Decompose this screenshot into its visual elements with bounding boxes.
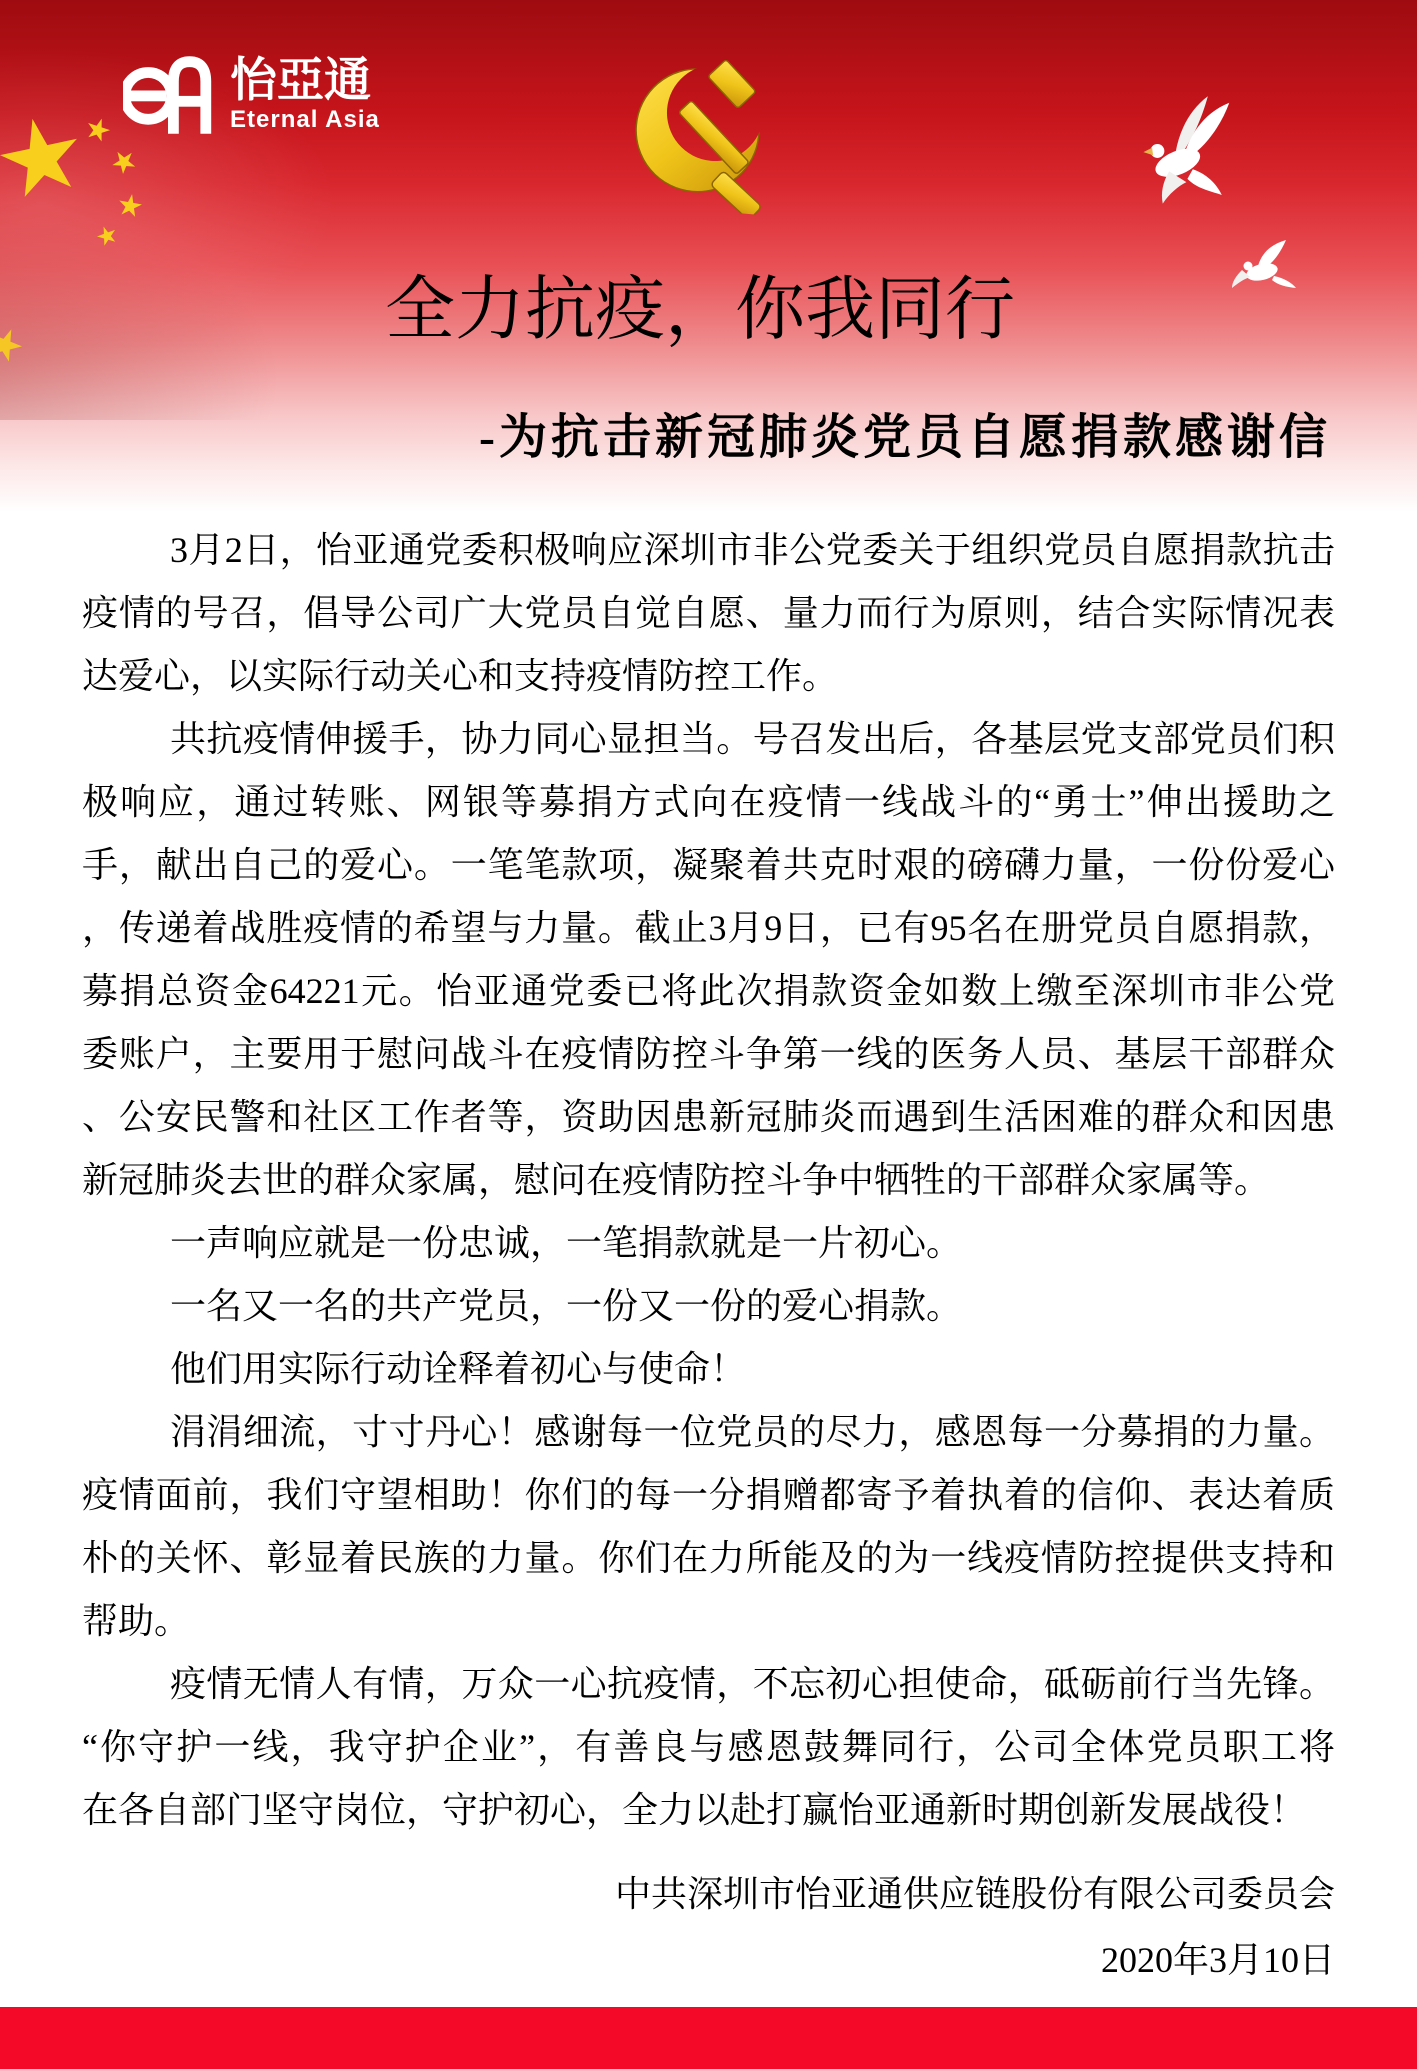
company-logo: 怡亞通 Eternal Asia — [123, 55, 380, 135]
dove-icon — [1122, 92, 1240, 210]
body-text-line: 帮助。 — [82, 1590, 1335, 1653]
body-text-line: 一声响应就是一份忠诚，一笔捐款就是一片初心。 — [82, 1212, 1335, 1275]
page-title: 全力抗疫，你我同行 — [385, 273, 1015, 349]
body-text-line: 新冠肺炎去世的群众家属，慰问在疫情防控斗争中牺牲的干部群众家属等。 — [82, 1149, 1335, 1212]
body-text-line: “你守护一线，我守护企业”，有善良与感恩鼓舞同行，公司全体党员职工将 — [82, 1716, 1335, 1779]
body-text-line: 朴的关怀、彰显着民族的力量。你们在力所能及的为一线疫情防控提供支持和 — [82, 1527, 1335, 1590]
body-text-line: 涓涓细流，寸寸丹心！感谢每一位党员的尽力，感恩每一分募捐的力量。 — [82, 1401, 1335, 1464]
dove-icon — [1228, 240, 1304, 288]
body-text-line: 3月2日，怡亚通党委积极响应深圳市非公党委关于组织党员自愿捐款抗击 — [82, 519, 1335, 582]
body-text-line: 达爱心，以实际行动关心和支持疫情防控工作。 — [82, 645, 1335, 708]
signature-committee: 中共深圳市怡亚通供应链股份有限公司委员会 — [82, 1872, 1335, 1916]
logo-text: 怡亞通 Eternal Asia — [230, 55, 380, 133]
signature-date: 2020年3月10日 — [82, 1938, 1335, 1982]
body-text-line: 疫情面前，我们守望相助！你们的每一分捐赠都寄予着执着的信仰、表达着质 — [82, 1464, 1335, 1527]
ea-logo-icon — [123, 55, 213, 135]
body-text-line: 他们用实际行动诠释着初心与使命！ — [82, 1338, 1335, 1401]
body-text-line: 、公安民警和社区工作者等，资助因患新冠肺炎而遇到生活困难的群众和因患 — [82, 1086, 1335, 1149]
letter-page: 怡亞通 Eternal Asia — [0, 0, 1417, 2069]
body-text-line: 一名又一名的共产党员，一份又一份的爱心捐款。 — [82, 1275, 1335, 1338]
body-text-line: 疫情无情人有情，万众一心抗疫情，不忘初心担使命，砥砺前行当先锋。 — [82, 1653, 1335, 1716]
body-text-line: 疫情的号召，倡导公司广大党员自觉自愿、量力而行为原则，结合实际情况表 — [82, 582, 1335, 645]
body-text-line: ，传递着战胜疫情的希望与力量。截止3月9日，已有95名在册党员自愿捐款， — [82, 897, 1335, 960]
letter-body: 3月2日，怡亚通党委积极响应深圳市非公党委关于组织党员自愿捐款抗击疫情的号召，倡… — [82, 519, 1335, 1842]
page-subtitle: -为抗击新冠肺炎党员自愿捐款感谢信 — [479, 410, 1331, 466]
body-text-line: 在各自部门坚守岗位，守护初心，全力以赴打赢怡亚通新时期创新发展战役！ — [82, 1779, 1335, 1842]
body-text-line: 手，献出自己的爱心。一笔笔款项，凝聚着共克时艰的磅礴力量，一份份爱心 — [82, 834, 1335, 897]
hammer-and-sickle-icon — [620, 51, 793, 216]
logo-company-name-cn: 怡亞通 — [230, 55, 380, 105]
logo-company-name-en: Eternal Asia — [230, 107, 380, 133]
body-text-line: 募捐总资金64221元。怡亚通党委已将此次捐款资金如数上缴至深圳市非公党 — [82, 960, 1335, 1023]
body-text-line: 委账户，主要用于慰问战斗在疫情防控斗争第一线的医务人员、基层干部群众 — [82, 1023, 1335, 1086]
body-text-line: 共抗疫情伸援手，协力同心显担当。号召发出后，各基层党支部党员们积 — [82, 708, 1335, 771]
footer-bar — [0, 2007, 1417, 2069]
body-text-line: 极响应，通过转账、网银等募捐方式向在疫情一线战斗的“勇士”伸出援助之 — [82, 771, 1335, 834]
